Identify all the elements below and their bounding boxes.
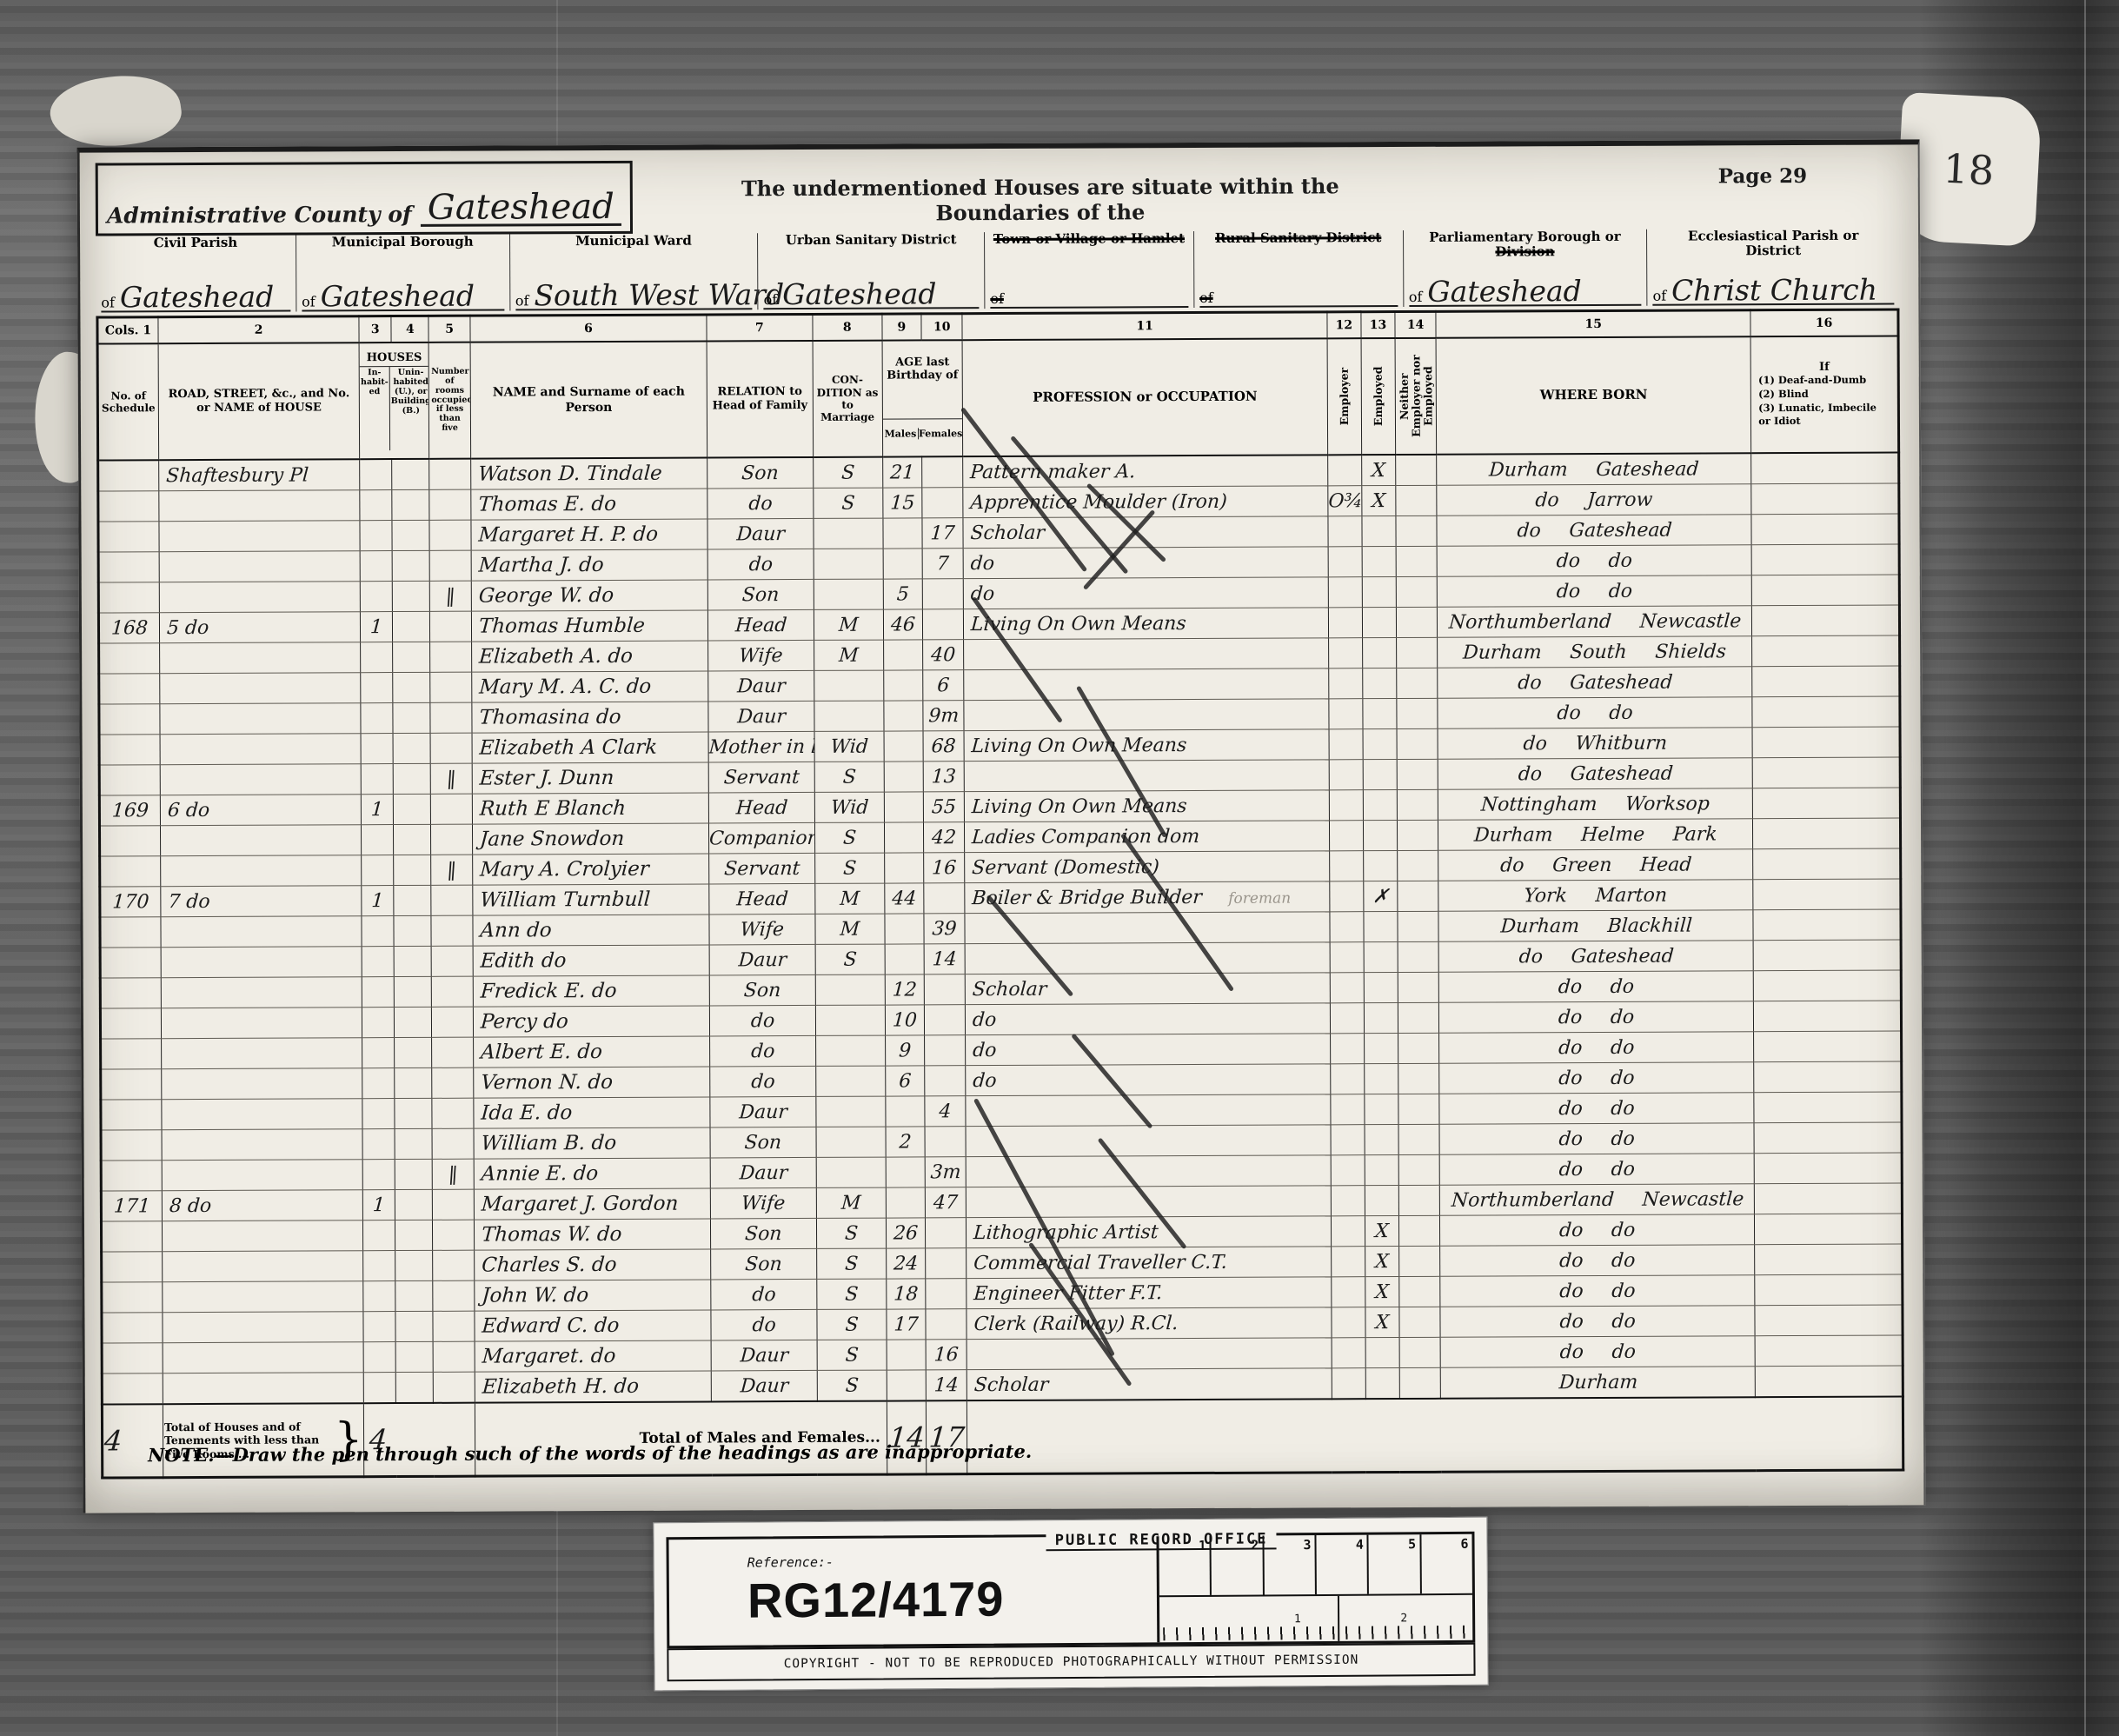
field-value: South West Ward	[534, 282, 784, 309]
cell-born: Durham Blackhill	[1438, 910, 1753, 942]
cell-employed	[1362, 516, 1396, 547]
cell-uninhabited	[393, 763, 430, 794]
cell-rooms	[433, 1280, 474, 1311]
ruler-lower-mark: 2	[1400, 1612, 1407, 1625]
cell-employed	[1362, 638, 1396, 668]
cell-road	[163, 1281, 364, 1313]
field-value: Gateshead	[321, 283, 475, 309]
cell-relation: Wife	[709, 914, 814, 945]
cell-condition	[814, 579, 883, 609]
cell-employer	[1331, 1125, 1365, 1155]
cell-infirmity	[1751, 483, 1899, 515]
cell-infirmity	[1755, 1274, 1903, 1306]
cell-condition	[814, 701, 883, 731]
cell-employer	[1330, 1034, 1364, 1064]
cell-relation: Wife	[711, 1187, 816, 1219]
cell-occupation: Clerk (Railway) R.Cl.	[967, 1307, 1332, 1340]
header-relation: RELATION to Head of Family	[707, 341, 813, 458]
cell-neither	[1398, 1063, 1439, 1094]
cell-inhabited: 1	[362, 795, 394, 825]
of-prefix: of	[1199, 289, 1213, 306]
stamp-ruler: 1 2 3 4 5 6 1 2	[1156, 1534, 1472, 1643]
cell-born: do Green Head	[1438, 849, 1753, 881]
cell-uninhabited	[396, 1372, 434, 1403]
cell-name: Elizabeth A Clark	[472, 732, 709, 763]
cell-females: 39	[924, 914, 965, 944]
ruler-inch-mark: 4	[1316, 1535, 1369, 1595]
cell-males: 24	[886, 1248, 925, 1279]
cell-occupation	[965, 760, 1330, 792]
field-label: Ecclesiastical Parish orDistrict	[1652, 229, 1894, 260]
cell-infirmity	[1752, 696, 1900, 728]
males-females-label: Total of Males and Females...	[475, 1401, 887, 1477]
cell-neither	[1398, 1002, 1438, 1033]
cell-schedule	[101, 1161, 162, 1191]
cell-born: Nottingham Worksop	[1438, 788, 1753, 821]
cell-born: do Gateshead	[1438, 667, 1752, 699]
cell-inhabited	[361, 764, 393, 795]
cell-neither	[1396, 515, 1437, 546]
cell-relation: do	[711, 1309, 816, 1340]
cell-relation: do	[707, 488, 813, 519]
cell-relation: Head	[709, 792, 814, 823]
cell-road	[163, 1342, 364, 1374]
cell-name: Thomasina do	[472, 702, 709, 733]
cell-males: 44	[885, 883, 924, 914]
cell-occupation	[965, 912, 1330, 944]
cell-employed	[1362, 608, 1396, 638]
cell-neither	[1398, 881, 1438, 911]
cell-name: Jane Snowdon	[472, 823, 709, 855]
cell-rooms	[432, 946, 473, 976]
cell-born: Durham Helme Park	[1438, 819, 1753, 851]
cell-rooms: ‖	[431, 855, 472, 885]
cell-females: 55	[923, 792, 964, 822]
cell-occupation	[964, 699, 1329, 731]
cell-inhabited	[362, 1038, 395, 1068]
cell-schedule	[102, 1343, 163, 1374]
cell-neither	[1396, 576, 1437, 607]
cell-relation: Daur	[708, 701, 814, 732]
header-employer: Employer	[1327, 338, 1362, 455]
cell-road: 6 do	[160, 795, 362, 826]
cell-relation: Companion	[709, 822, 814, 854]
cell-road	[163, 1312, 364, 1343]
header-occupation: PROFESSION or OCCUPATION	[962, 338, 1327, 456]
cell-uninhabited	[395, 1280, 433, 1311]
page-number: Page 29	[1718, 164, 1807, 188]
cell-employer	[1331, 1064, 1365, 1094]
cell-employed	[1362, 547, 1396, 577]
cell-females	[922, 579, 963, 609]
cell-uninhabited	[395, 1311, 433, 1341]
cell-schedule	[100, 978, 161, 1008]
cell-rooms	[430, 550, 471, 581]
cell-inhabited	[361, 703, 393, 734]
cell-uninhabited	[395, 1128, 432, 1159]
cell-condition: S	[813, 457, 882, 489]
cell-road	[161, 977, 362, 1008]
cell-relation: Servant	[709, 853, 814, 884]
cell-infirmity	[1754, 1001, 1902, 1032]
cell-uninhabited	[393, 733, 430, 763]
cell-inhabited: 1	[362, 886, 394, 916]
cell-condition	[816, 1157, 886, 1187]
cell-infirmity	[1752, 666, 1900, 697]
cell-infirmity	[1753, 940, 1901, 971]
cell-employer	[1332, 1307, 1365, 1338]
cell-infirmity	[1754, 1122, 1902, 1154]
cell-name: Ann do	[473, 915, 710, 946]
cell-occupation: Commercial Traveller C.T.	[967, 1247, 1332, 1279]
cell-infirmity	[1753, 848, 1901, 880]
cell-relation: Son	[711, 1248, 816, 1280]
cell-males: 26	[886, 1218, 925, 1248]
cell-inhabited	[363, 1251, 395, 1281]
cell-occupation: do	[966, 1064, 1331, 1096]
cell-name: George W. do	[471, 580, 708, 611]
cell-inhabited	[363, 1312, 395, 1342]
cell-condition: S	[815, 944, 885, 974]
cell-condition: S	[816, 1279, 886, 1309]
ruler-lower-mark: 1	[1294, 1613, 1301, 1626]
cell-schedule	[102, 1252, 163, 1282]
cell-occupation	[967, 1338, 1332, 1370]
houses-total-label: Total of Houses and of Tenements with le…	[163, 1403, 364, 1478]
cell-males	[887, 1340, 926, 1370]
cell-inhabited	[361, 582, 393, 612]
cell-name: Mary A. Crolyier	[472, 854, 709, 885]
cell-name: William Turnbull	[473, 884, 710, 915]
cell-inhabited	[363, 1281, 395, 1312]
cell-condition: M	[814, 883, 884, 914]
cell-employed	[1363, 668, 1397, 699]
cell-born: do do	[1440, 1245, 1755, 1277]
column-header-row: No. of Schedule ROAD, STREET, &c., and N…	[97, 336, 1899, 460]
cell-relation: Daur	[711, 1340, 816, 1371]
cell-born: do do	[1439, 1032, 1754, 1064]
cell-employed: X	[1365, 1247, 1399, 1277]
cell-name: Ruth E Blanch	[472, 793, 709, 824]
cell-occupation: Scholar	[966, 973, 1331, 1005]
cell-employer	[1331, 1155, 1365, 1186]
cell-neither	[1398, 1033, 1439, 1063]
cell-name: Watson D. Tindale	[470, 457, 707, 489]
cell-neither	[1397, 698, 1438, 728]
field-civil-parish: Civil Parish ofGateshead	[96, 236, 296, 313]
cell-schedule	[101, 1100, 162, 1130]
cell-rooms	[433, 1220, 474, 1250]
cell-condition	[814, 518, 883, 549]
cell-rooms	[432, 1068, 473, 1098]
header-schedule: No. of Schedule	[97, 343, 159, 460]
cell-road	[162, 1129, 363, 1161]
of-prefix: of	[1653, 288, 1667, 304]
ruler-inch-mark: 2	[1212, 1535, 1265, 1595]
cell-road	[160, 764, 362, 795]
cell-neither	[1398, 1154, 1439, 1185]
cell-name: Margaret H. P. do	[471, 519, 708, 550]
cell-name: Annie E. do	[474, 1158, 711, 1189]
cell-neither	[1398, 941, 1438, 972]
cell-employed	[1365, 1094, 1398, 1125]
cell-employer	[1328, 516, 1362, 547]
field-label: Urban Sanitary District	[763, 232, 979, 248]
cell-relation: Son	[711, 1218, 816, 1249]
cell-neither	[1398, 911, 1438, 941]
cell-road	[159, 521, 361, 552]
cell-schedule	[100, 856, 161, 887]
cell-occupation: do	[964, 577, 1329, 609]
cell-neither	[1399, 1246, 1440, 1276]
cell-road: 8 do	[162, 1190, 363, 1221]
cell-employed: X	[1365, 1216, 1398, 1247]
cell-occupation: Living On Own Means	[964, 608, 1329, 640]
header-road: ROAD, STREET, &c., and No. or NAME of HO…	[158, 343, 360, 460]
cell-employed	[1365, 1064, 1398, 1094]
cell-rooms	[430, 672, 471, 702]
cell-employer	[1329, 699, 1363, 729]
cell-relation: Daur	[708, 670, 814, 702]
cell-employer	[1331, 1216, 1365, 1247]
cell-schedule	[99, 765, 160, 795]
cell-neither	[1396, 485, 1437, 515]
cell-uninhabited	[394, 915, 431, 946]
cell-employer	[1330, 942, 1364, 973]
cell-born: do do	[1437, 545, 1751, 577]
cell-rooms	[430, 702, 471, 733]
cell-employer	[1329, 760, 1363, 790]
cell-rooms	[433, 1189, 474, 1220]
cell-rooms	[429, 520, 470, 550]
ruler-ticks	[1163, 1626, 1469, 1640]
cell-name: Elizabeth H. do	[475, 1371, 712, 1403]
cell-males: 15	[883, 488, 922, 518]
cell-infirmity	[1752, 757, 1900, 788]
cell-employed	[1363, 699, 1397, 729]
cell-condition	[815, 1035, 885, 1066]
cell-rooms	[430, 611, 471, 642]
cell-relation: Mother in law	[708, 731, 814, 762]
cell-employed: X	[1365, 1307, 1399, 1338]
cell-schedule: 168	[98, 613, 159, 643]
stamp-reference-box: PUBLIC RECORD OFFICE Reference:- RG12/41…	[666, 1532, 1475, 1648]
cell-uninhabited	[394, 794, 431, 824]
cell-relation: Daur	[707, 518, 813, 549]
cell-females: 40	[923, 640, 964, 670]
cell-males	[884, 701, 923, 731]
cell-infirmity	[1755, 1214, 1903, 1245]
cell-employed	[1363, 729, 1397, 760]
cell-road	[161, 1038, 362, 1069]
cell-males: 10	[885, 1005, 924, 1035]
cell-road	[163, 1251, 364, 1282]
cell-relation: do	[710, 1035, 815, 1067]
cell-employer	[1328, 547, 1362, 577]
cell-born: do do	[1439, 971, 1754, 1003]
cell-males: 18	[887, 1279, 926, 1309]
cell-employer	[1328, 608, 1362, 638]
administrative-county-box: Administrative County of Gateshead	[96, 161, 633, 236]
header-condition: CON-DITION as to Marriage	[813, 341, 883, 457]
cell-inhabited	[362, 947, 394, 977]
cell-employer	[1329, 851, 1363, 881]
cell-born: Northumberland Newcastle	[1438, 606, 1752, 638]
cell-males	[884, 670, 923, 701]
cell-neither	[1398, 1124, 1439, 1154]
cell-uninhabited	[395, 1220, 433, 1250]
field-urban-sanitary-district: Urban Sanitary District ofGateshead	[757, 232, 984, 309]
cell-condition	[814, 549, 883, 579]
cell-rooms	[434, 1372, 475, 1403]
cell-born: do do	[1439, 1001, 1754, 1034]
cell-born: do Gateshead	[1438, 941, 1753, 973]
cell-relation: Daur	[709, 944, 814, 975]
cell-occupation: Living On Own Means	[964, 729, 1329, 762]
cell-occupation: Ladies Companion dom	[965, 821, 1330, 853]
cell-neither	[1398, 850, 1438, 881]
administrative-county-label: Administrative County of	[107, 202, 412, 229]
cell-employed: X	[1365, 1277, 1399, 1307]
cell-condition: S	[817, 1370, 887, 1401]
cell-road	[161, 855, 362, 887]
cell-males	[883, 640, 922, 670]
ruler-inch-mark: 3	[1264, 1535, 1317, 1595]
cell-born: do do	[1440, 1214, 1755, 1247]
cell-schedule	[98, 552, 159, 582]
cell-males: 5	[883, 579, 922, 609]
cell-schedule	[100, 1008, 161, 1039]
cell-infirmity	[1753, 970, 1901, 1001]
cell-condition: S	[816, 1248, 886, 1279]
field-value: Christ Church	[1671, 277, 1877, 304]
cell-condition: Wid	[814, 731, 884, 762]
cell-road	[161, 947, 362, 978]
cell-road	[162, 1099, 363, 1130]
of-prefix: of	[764, 291, 778, 308]
cell-females: 16	[926, 1340, 967, 1370]
cell-schedule	[98, 582, 159, 613]
cell-road	[161, 1008, 362, 1039]
ruler-inch-mark: 1	[1159, 1536, 1212, 1596]
cell-uninhabited	[395, 1098, 432, 1128]
cell-road	[160, 825, 362, 856]
cell-schedule	[100, 917, 161, 948]
cell-males	[884, 762, 923, 792]
cell-rooms	[431, 915, 472, 946]
cell-condition: S	[817, 1309, 887, 1340]
cell-occupation: Boiler & Bridge Builderforeman	[965, 881, 1330, 914]
cell-name: Percy do	[473, 1006, 710, 1037]
field-value: Gateshead	[120, 284, 274, 310]
cell-schedule	[101, 1069, 162, 1100]
cell-schedule	[101, 1039, 162, 1069]
total-schedules: 4	[102, 1404, 163, 1478]
cell-inhabited	[361, 673, 393, 703]
cell-employed	[1362, 577, 1396, 608]
cell-road: 5 do	[159, 612, 361, 643]
cell-employed	[1365, 1155, 1398, 1186]
cell-employer	[1331, 1186, 1365, 1216]
cell-name: Charles S. do	[474, 1249, 711, 1280]
cell-uninhabited	[392, 550, 429, 581]
cell-relation: Son	[708, 579, 814, 610]
cell-uninhabited	[393, 611, 430, 642]
cell-born: do do	[1439, 1154, 1754, 1186]
cell-females: 14	[926, 1370, 967, 1401]
cell-rooms	[431, 824, 472, 855]
cell-name: Martha J. do	[471, 549, 708, 581]
header-employed: Employed	[1361, 338, 1396, 455]
header-houses: HOUSES In-habit-ed Unin-habited (U.), or…	[359, 343, 429, 459]
cell-employer	[1328, 638, 1362, 668]
cell-born: Durham South Shields	[1438, 636, 1752, 668]
cell-neither	[1396, 455, 1437, 486]
cell-uninhabited	[392, 489, 429, 520]
cell-neither	[1396, 607, 1437, 637]
cell-name: Margaret. do	[475, 1340, 712, 1372]
cell-relation: do	[710, 1066, 815, 1097]
cell-inhabited	[360, 490, 392, 521]
cell-uninhabited	[392, 459, 429, 490]
district-fields: Civil Parish ofGateshead Municipal Borou…	[96, 228, 1899, 312]
cell-rooms: ‖	[433, 1159, 474, 1189]
cell-inhabited	[361, 734, 393, 764]
cell-relation: Head	[709, 883, 814, 915]
cell-employer	[1329, 729, 1363, 760]
cell-inhabited	[362, 1129, 395, 1160]
cell-name: Thomas Humble	[471, 610, 708, 642]
field-municipal-ward: Municipal Ward ofSouth West Ward	[509, 233, 758, 310]
header-neither: Neither Employer nor Employed	[1395, 338, 1437, 455]
cell-males: 6	[885, 1066, 924, 1096]
field-rural-sanitary-district: Rural Sanitary District of	[1193, 230, 1403, 308]
cell-employed	[1363, 760, 1397, 790]
field-label-struck: Rural Sanitary District	[1199, 230, 1398, 246]
cell-rooms: ‖	[431, 763, 472, 794]
header-name: NAME and Surname of each Person	[470, 341, 707, 458]
cell-inhabited	[362, 1160, 395, 1190]
cell-infirmity	[1751, 452, 1899, 483]
cell-born: do do	[1440, 1306, 1755, 1338]
cell-road: Shaftesbury Pl	[159, 459, 361, 491]
cell-neither	[1398, 1094, 1439, 1124]
cell-females	[926, 1279, 967, 1309]
cell-born: do Gateshead	[1438, 758, 1752, 790]
cell-occupation: do	[966, 1034, 1331, 1066]
cell-rooms	[429, 489, 470, 520]
cell-employer	[1329, 821, 1363, 851]
cell-employed	[1365, 1368, 1399, 1400]
cell-employer	[1330, 912, 1364, 942]
cell-name: Margaret J. Gordon	[474, 1188, 711, 1220]
cell-males	[885, 914, 924, 944]
cell-born: do do	[1438, 575, 1752, 608]
of-prefix: of	[1409, 289, 1423, 305]
cell-females	[925, 1218, 966, 1248]
cell-uninhabited	[392, 520, 429, 550]
cell-rooms	[432, 1098, 473, 1128]
cell-condition	[815, 1005, 885, 1035]
cell-born: Northumberland Newcastle	[1440, 1184, 1755, 1216]
cell-born: Durham Gateshead	[1437, 453, 1751, 485]
cell-road	[159, 551, 361, 582]
cell-infirmity	[1752, 635, 1900, 667]
cell-males: 46	[883, 609, 922, 640]
cell-uninhabited	[395, 1250, 433, 1280]
cell-schedule	[100, 948, 161, 978]
field-label: Municipal Ward	[515, 233, 753, 249]
